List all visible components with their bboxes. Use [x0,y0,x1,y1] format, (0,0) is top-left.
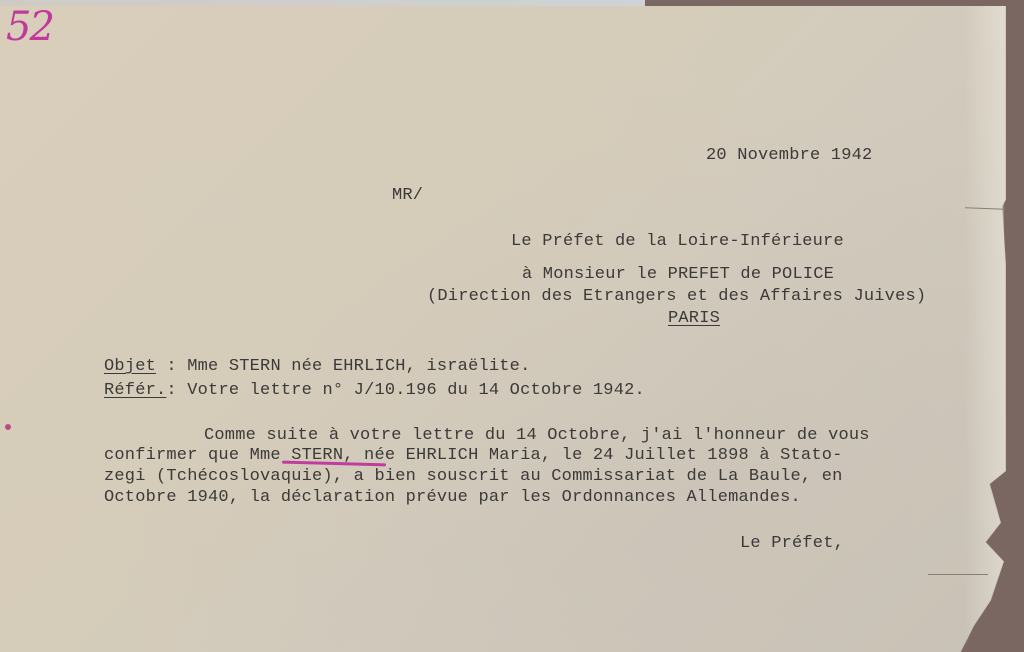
letter-date: 20 Novembre 1942 [706,146,872,166]
sender-line: Le Préfet de la Loire-Inférieure [511,232,844,252]
body-line-2-start: confirmer que [104,446,250,465]
closing-signature: Le Préfet, [740,534,844,554]
ink-mark [5,424,11,430]
handwritten-page-number: 52 [6,4,53,50]
body-line-2: confirmer que Mme STERN, née EHRLICH Mar… [104,446,843,466]
body-line-2-end: , née EHRLICH Maria, le 24 Juillet 1898 … [343,446,842,465]
letter-paper [0,6,1006,652]
body-line-1: Comme suite à votre lettre du 14 Octobre… [204,426,870,446]
reference-label: Référ. [104,381,166,400]
background-strip [0,0,645,7]
body-line-3: zegi (Tchécoslovaquie), a bien souscrit … [104,467,843,487]
reference-line: Référ.: Votre lettre n° J/10.196 du 14 O… [104,381,645,401]
subject-separator: : [156,357,187,376]
paper-tear [928,574,988,575]
recipient-city: PARIS [668,309,720,329]
recipient-line-2: (Direction des Etrangers et des Affaires… [427,287,926,307]
subject-line: Objet : Mme STERN née EHRLICH, israëlite… [104,357,531,377]
reference-separator: : [166,381,187,400]
recipient-line-1: à Monsieur le PREFET de POLICE [522,265,834,285]
reference-initials: MR/ [392,186,423,206]
body-line-4: Octobre 1940, la déclaration prévue par … [104,488,801,508]
reference-value: Votre lettre n° J/10.196 du 14 Octobre 1… [187,381,645,400]
subject-label: Objet [104,357,156,376]
torn-paper-edge [965,6,1005,652]
subject-value: Mme STERN née EHRLICH, israëlite. [187,357,530,376]
